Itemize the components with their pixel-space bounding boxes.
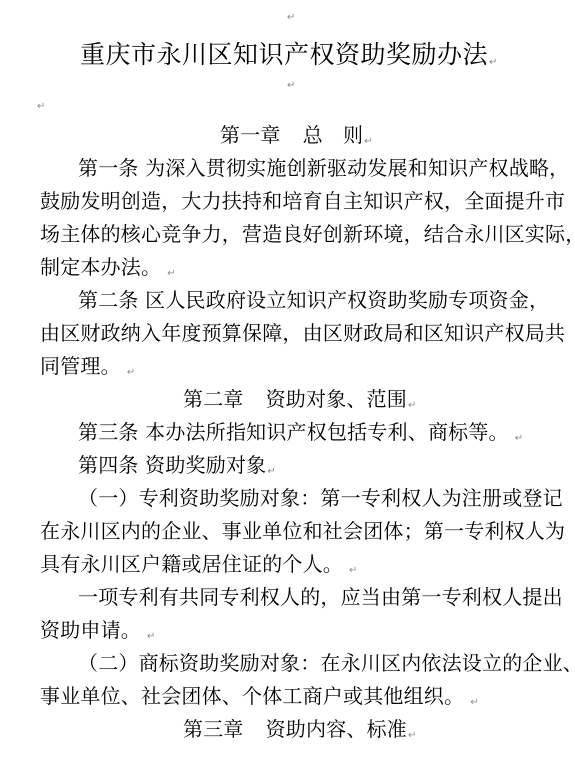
article-4-line-1: 第四条 资助奖励对象↵ — [78, 453, 276, 477]
clause-1-note-line-2-text: 资助申请。 — [40, 618, 141, 642]
paragraph-mark-icon: ↵ — [167, 269, 176, 279]
article-2-line-2: 由区财政纳入年度预算保障，由区财政局和区知识产权局共 — [40, 321, 565, 345]
clause-1-line-2: 在永川区内的企业、事业单位和社会团体；第一专利权人为 — [40, 519, 565, 543]
paragraph-mark-icon: ↵ — [408, 731, 417, 741]
article-1-line-4: 制定本办法。↵ — [40, 255, 176, 279]
clause-2-line-1: （二）商标资助奖励对象：在永川区内依法设立的企业、 — [78, 651, 575, 675]
paragraph-mark-icon: ↵ — [147, 632, 156, 642]
paragraph-mark-icon: ↵ — [349, 566, 358, 576]
paragraph-mark-icon: ↵ — [127, 368, 136, 378]
paragraph-mark-icon: ↵ — [515, 434, 524, 444]
clause-1-line-1: （一）专利资助奖励对象：第一专利权人为注册或登记 — [78, 486, 563, 510]
paragraph-mark-icon: ↵ — [287, 13, 295, 23]
article-4-text: 第四条 资助奖励对象 — [78, 453, 266, 477]
clause-2-line-2-text: 事业单位、社会团体、个体工商户或其他组织。 — [40, 684, 464, 708]
chapter-heading: 第一章总 则↵ — [220, 123, 373, 147]
paragraph-mark-icon: ↵ — [364, 137, 373, 147]
chapter-heading: 第二章资助对象、范围↵ — [183, 387, 417, 411]
article-1-line-4-text: 制定本办法。 — [40, 255, 161, 279]
paragraph-mark-icon: ↵ — [408, 401, 417, 411]
article-1-line-1: 第一条 为深入贯彻实施创新驱动发展和知识产权战略， — [78, 156, 569, 180]
clause-2-line-2: 事业单位、社会团体、个体工商户或其他组织。↵ — [40, 684, 479, 708]
article-2-line-1: 第二条 区人民政府设立知识产权资助奖励专项资金， — [78, 288, 549, 312]
article-2-line-3: 同管理。↵ — [40, 354, 135, 378]
document-title-text: 重庆市永川区知识产权资助奖励办法 — [80, 40, 488, 69]
paragraph-mark-icon: ↵ — [489, 58, 498, 68]
document-title: 重庆市永川区知识产权资助奖励办法↵ — [80, 40, 498, 70]
chapter-name: 资助对象、范围 — [266, 387, 407, 411]
chapter-name: 总 则 — [303, 123, 364, 147]
paragraph-mark-icon: ↵ — [267, 467, 276, 477]
paragraph-mark-icon: ↵ — [37, 102, 45, 112]
article-3-text: 第三条 本办法所指知识产权包括专利、商标等。 — [78, 420, 509, 444]
paragraph-mark-icon: ↵ — [287, 81, 295, 91]
clause-1-line-3: 具有永川区户籍或居住证的个人。↵ — [40, 552, 358, 576]
paragraph-mark-icon: ↵ — [470, 698, 479, 708]
chapter-heading: 第三章资助内容、标准↵ — [183, 717, 417, 741]
chapter-number: 第一章 — [220, 123, 281, 147]
chapter-number: 第二章 — [183, 387, 244, 411]
chapter-name: 资助内容、标准 — [266, 717, 407, 741]
article-2-line-3-text: 同管理。 — [40, 354, 121, 378]
clause-1-line-3-text: 具有永川区户籍或居住证的个人。 — [40, 552, 343, 576]
article-1-line-3: 场主体的核心竞争力，营造良好创新环境，结合永川区实际， — [40, 222, 575, 246]
chapter-number: 第三章 — [183, 717, 244, 741]
document-page: ↵ 重庆市永川区知识产权资助奖励办法↵ ↵ ↵ 第一章总 则↵ 第一条 为深入贯… — [0, 0, 575, 758]
clause-1-note-line-2: 资助申请。↵ — [40, 618, 156, 642]
article-3-line-1: 第三条 本办法所指知识产权包括专利、商标等。↵ — [78, 420, 523, 444]
clause-1-note-line-1: 一项专利有共同专利权人的，应当由第一专利权人提出 — [78, 585, 563, 609]
article-1-line-2: 鼓励发明创造，大力扶持和培育自主知识产权，全面提升市 — [40, 189, 565, 213]
